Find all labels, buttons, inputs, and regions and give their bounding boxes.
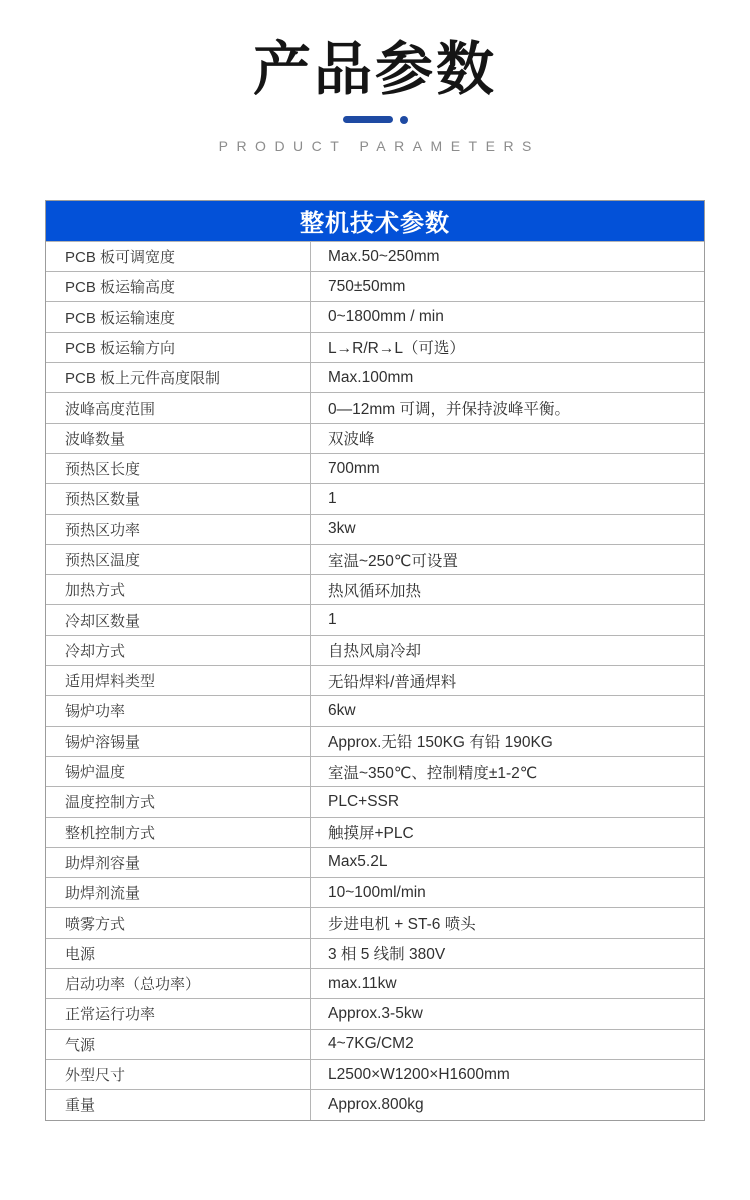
spec-table: 整机技术参数 PCB 板可调宽度 Max.50~250mm PCB 板运输高度 …: [45, 200, 705, 1121]
row-label: 适用焊料类型: [46, 666, 311, 695]
row-value: 1: [311, 605, 704, 634]
row-label: PCB 板运输高度: [46, 272, 311, 301]
row-value: 自热风扇冷却: [311, 636, 704, 665]
row-label: 锡炉温度: [46, 757, 311, 786]
row-value: 10~100ml/min: [311, 878, 704, 907]
row-value: max.11kw: [311, 969, 704, 998]
row-value: 步进电机 + ST-6 喷头: [311, 908, 704, 937]
table-row: 预热区功率 3kw: [46, 514, 704, 544]
row-value: L→R/R→L（可选）: [311, 333, 704, 362]
row-label: PCB 板运输速度: [46, 302, 311, 331]
row-value: 无铅焊料/普通焊料: [311, 666, 704, 695]
table-row: 助焊剂流量 10~100ml/min: [46, 877, 704, 907]
row-label: 温度控制方式: [46, 787, 311, 816]
row-value: Max.100mm: [311, 363, 704, 392]
table-row: PCB 板运输高度 750±50mm: [46, 271, 704, 301]
table-row: 正常运行功率 Approx.3-5kw: [46, 998, 704, 1028]
row-value: PLC+SSR: [311, 787, 704, 816]
row-value: 4~7KG/CM2: [311, 1030, 704, 1059]
row-value: 6kw: [311, 696, 704, 725]
table-row: 波峰数量 双波峰: [46, 423, 704, 453]
row-value: Approx.3-5kw: [311, 999, 704, 1028]
row-value: 3kw: [311, 515, 704, 544]
row-value: 1: [311, 484, 704, 513]
table-row: PCB 板上元件高度限制 Max.100mm: [46, 362, 704, 392]
table-row: 预热区温度 室温~250℃可设置: [46, 544, 704, 574]
row-value: 3 相 5 线制 380V: [311, 939, 704, 968]
table-row: PCB 板运输方向 L→R/R→L（可选）: [46, 332, 704, 362]
row-value: 750±50mm: [311, 272, 704, 301]
row-label: 波峰数量: [46, 424, 311, 453]
row-label: PCB 板运输方向: [46, 333, 311, 362]
table-row: 波峰高度范围 0—12mm 可调，并保持波峰平衡。: [46, 392, 704, 422]
row-label: 外型尺寸: [46, 1060, 311, 1089]
row-label: PCB 板可调宽度: [46, 242, 311, 271]
row-label: 预热区长度: [46, 454, 311, 483]
table-row: 适用焊料类型 无铅焊料/普通焊料: [46, 665, 704, 695]
page-subtitle: PRODUCT PARAMETERS: [0, 138, 750, 154]
page-header: 产品参数 PRODUCT PARAMETERS: [0, 0, 750, 154]
table-row: 助焊剂容量 Max5.2L: [46, 847, 704, 877]
row-label: 锡炉溶锡量: [46, 727, 311, 756]
row-value: Approx.800kg: [311, 1090, 704, 1119]
table-row: 冷却区数量 1: [46, 604, 704, 634]
row-label: 波峰高度范围: [46, 393, 311, 422]
table-row: 预热区长度 700mm: [46, 453, 704, 483]
row-label: 启动功率（总功率）: [46, 969, 311, 998]
row-label: 电源: [46, 939, 311, 968]
table-row: PCB 板运输速度 0~1800mm / min: [46, 301, 704, 331]
row-label: 冷却区数量: [46, 605, 311, 634]
divider-dot-icon: [400, 116, 408, 124]
table-row: 冷却方式 自热风扇冷却: [46, 635, 704, 665]
row-label: 气源: [46, 1030, 311, 1059]
table-row: 整机控制方式 触摸屏+PLC: [46, 817, 704, 847]
row-value: 热风循环加热: [311, 575, 704, 604]
row-label: 正常运行功率: [46, 999, 311, 1028]
row-label: 整机控制方式: [46, 818, 311, 847]
title-divider: [0, 116, 750, 124]
table-row: 预热区数量 1: [46, 483, 704, 513]
table-row: 加热方式 热风循环加热: [46, 574, 704, 604]
table-row: 锡炉溶锡量 Approx.无铅 150KG 有铅 190KG: [46, 726, 704, 756]
table-row: 重量 Approx.800kg: [46, 1089, 704, 1119]
table-row: 锡炉温度 室温~350℃、控制精度±1-2℃: [46, 756, 704, 786]
row-value: 双波峰: [311, 424, 704, 453]
table-row: 外型尺寸 L2500×W1200×H1600mm: [46, 1059, 704, 1089]
row-label: PCB 板上元件高度限制: [46, 363, 311, 392]
table-row: 喷雾方式 步进电机 + ST-6 喷头: [46, 907, 704, 937]
table-row: 启动功率（总功率） max.11kw: [46, 968, 704, 998]
row-value: 0—12mm 可调，并保持波峰平衡。: [311, 393, 704, 422]
row-label: 助焊剂容量: [46, 848, 311, 877]
row-label: 预热区数量: [46, 484, 311, 513]
table-row: PCB 板可调宽度 Max.50~250mm: [46, 241, 704, 271]
row-value: Max.50~250mm: [311, 242, 704, 271]
row-label: 助焊剂流量: [46, 878, 311, 907]
row-label: 预热区功率: [46, 515, 311, 544]
table-row: 电源 3 相 5 线制 380V: [46, 938, 704, 968]
row-value: 0~1800mm / min: [311, 302, 704, 331]
row-label: 加热方式: [46, 575, 311, 604]
row-label: 喷雾方式: [46, 908, 311, 937]
divider-bar-icon: [343, 116, 393, 123]
page: 产品参数 PRODUCT PARAMETERS 整机技术参数 PCB 板可调宽度…: [0, 0, 750, 1200]
row-label: 重量: [46, 1090, 311, 1119]
spec-table-body: PCB 板可调宽度 Max.50~250mm PCB 板运输高度 750±50m…: [46, 241, 704, 1120]
row-value: 触摸屏+PLC: [311, 818, 704, 847]
row-value: Max5.2L: [311, 848, 704, 877]
table-row: 温度控制方式 PLC+SSR: [46, 786, 704, 816]
row-label: 锡炉功率: [46, 696, 311, 725]
row-value: 700mm: [311, 454, 704, 483]
row-value: 室温~250℃可设置: [311, 545, 704, 574]
row-label: 预热区温度: [46, 545, 311, 574]
row-value: Approx.无铅 150KG 有铅 190KG: [311, 727, 704, 756]
table-row: 气源 4~7KG/CM2: [46, 1029, 704, 1059]
table-row: 锡炉功率 6kw: [46, 695, 704, 725]
spec-table-title: 整机技术参数: [46, 201, 704, 241]
row-value: 室温~350℃、控制精度±1-2℃: [311, 757, 704, 786]
row-value: L2500×W1200×H1600mm: [311, 1060, 704, 1089]
row-label: 冷却方式: [46, 636, 311, 665]
page-title: 产品参数: [0, 40, 750, 101]
